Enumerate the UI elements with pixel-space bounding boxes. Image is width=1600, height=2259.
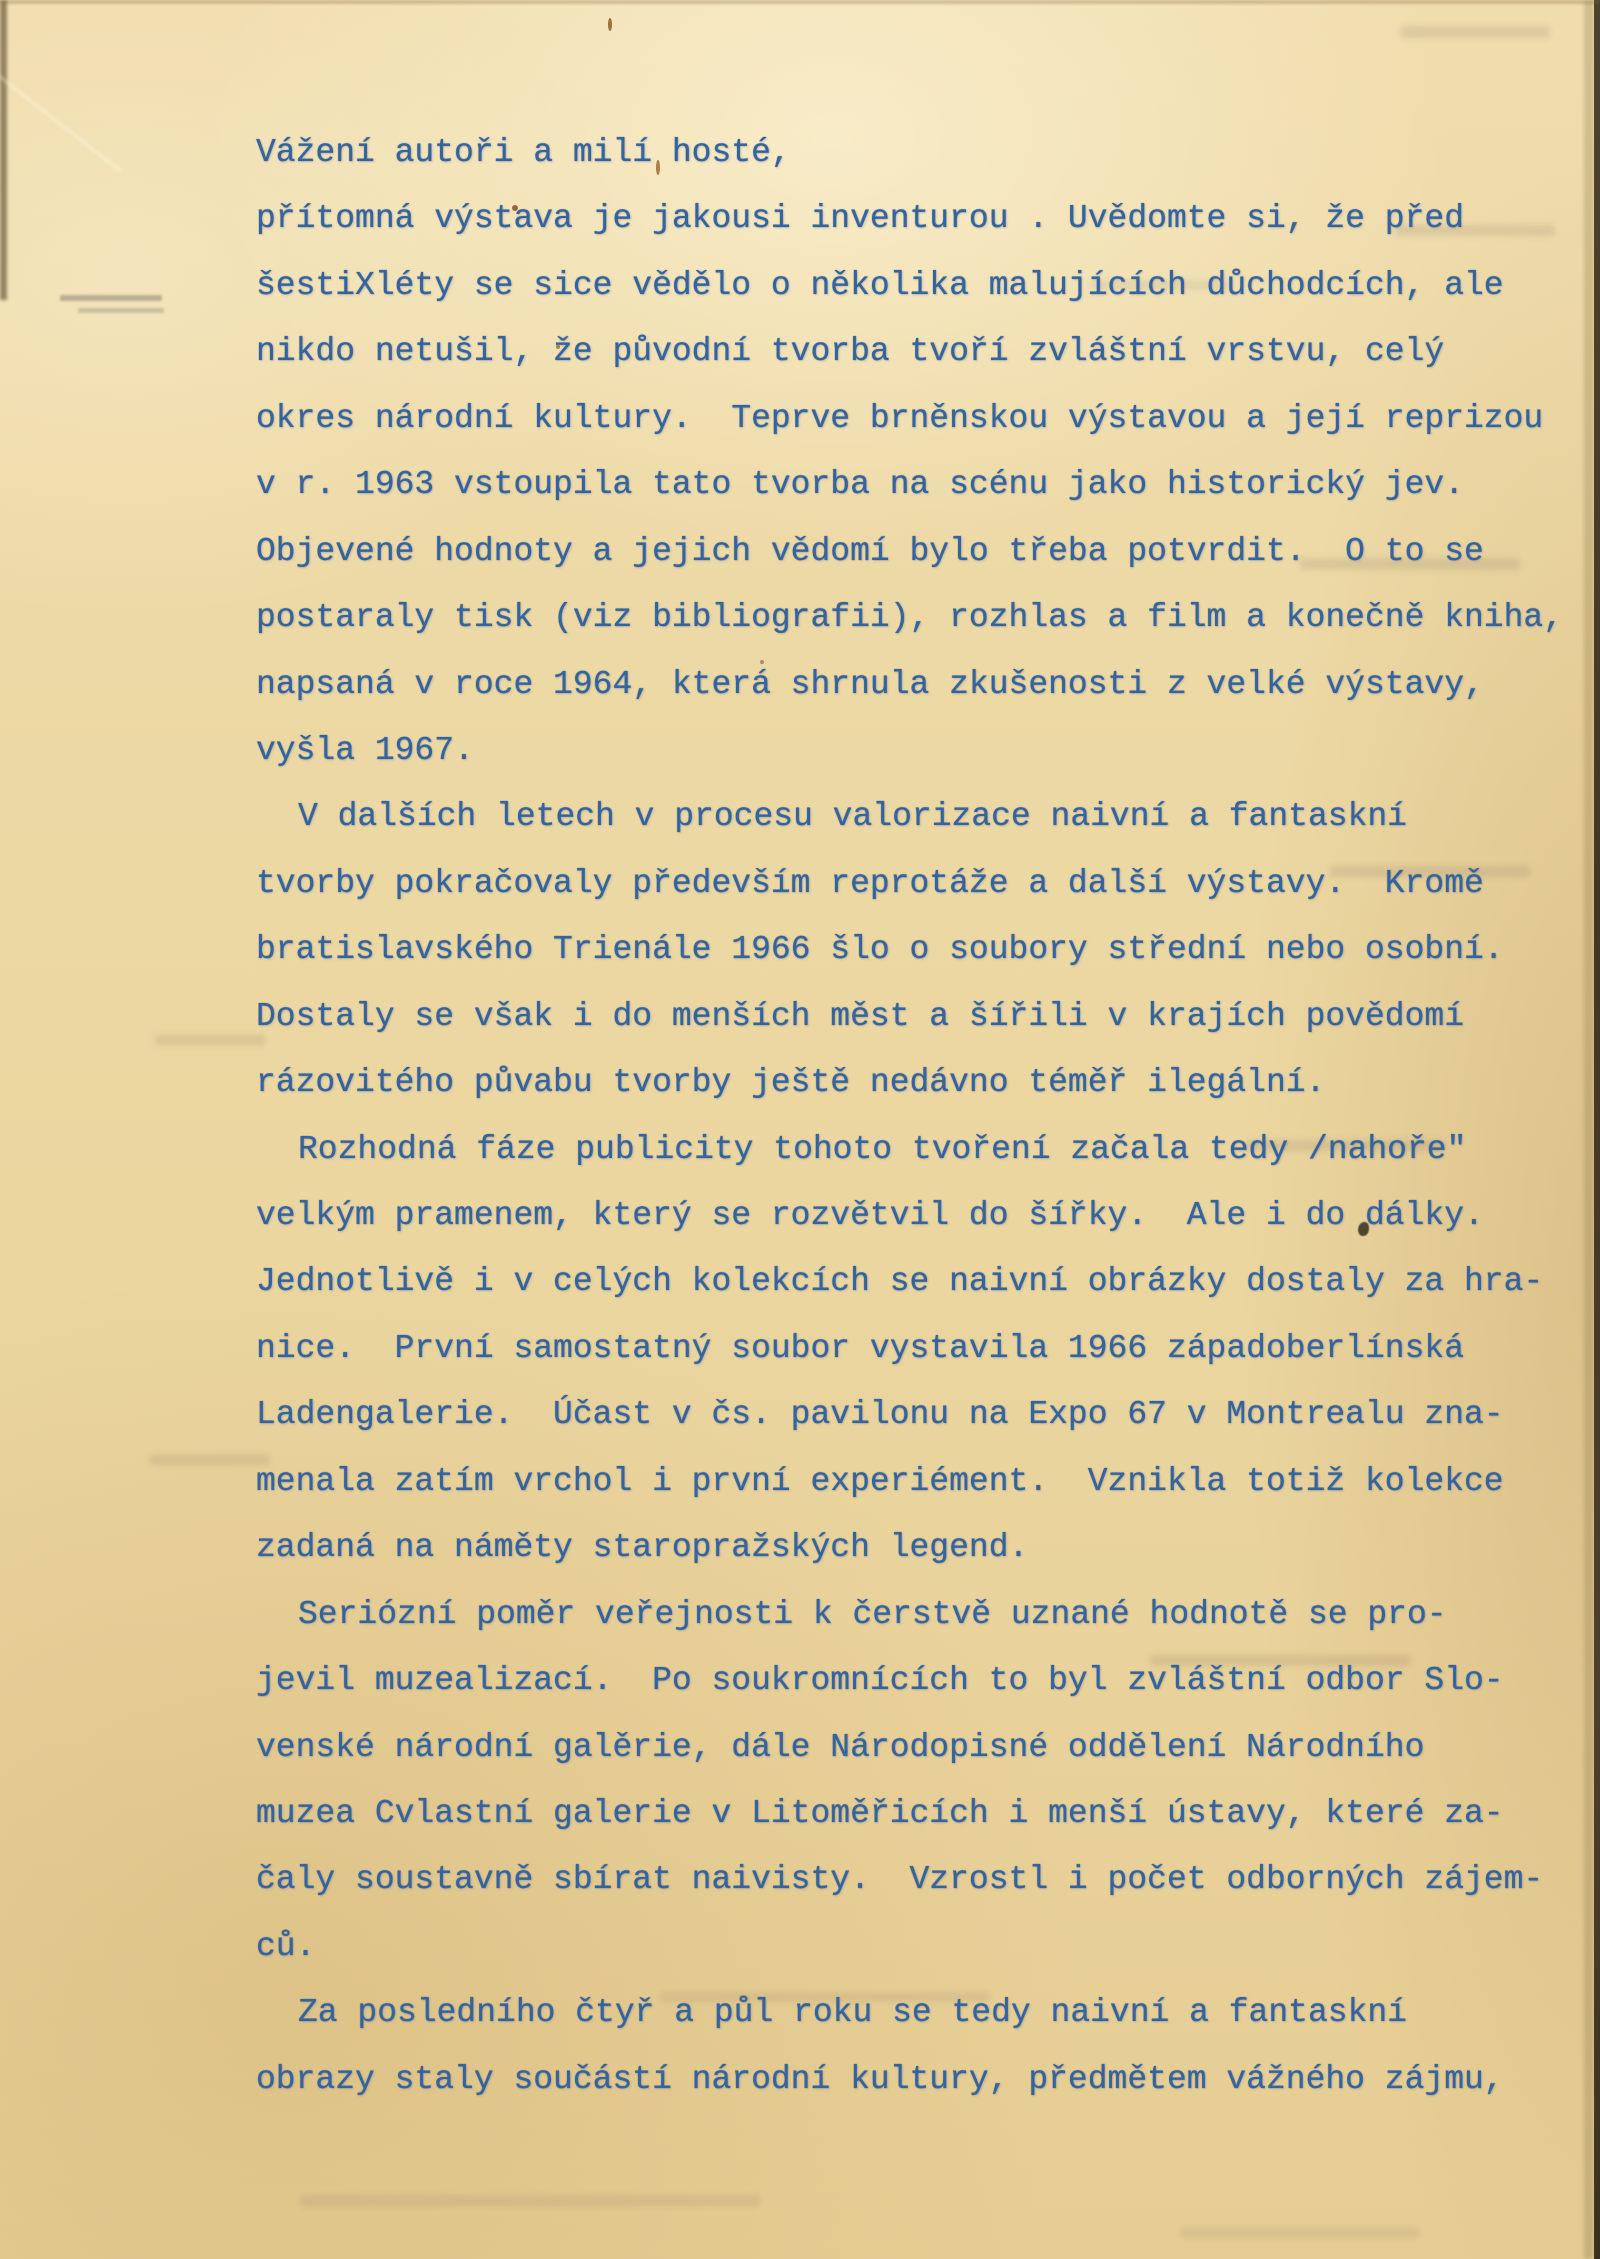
ghost-text-impression xyxy=(155,1035,265,1045)
ghost-text-impression xyxy=(150,1455,270,1465)
paper-crease xyxy=(0,60,122,172)
typewritten-line: ců. xyxy=(256,1914,1600,1980)
typewritten-line: Vážení autoři a milí hosté, xyxy=(256,120,1600,186)
typewritten-line: rázovitého půvabu tvorby ještě nedávno t… xyxy=(256,1050,1600,1116)
typewritten-line: menala zatím vrchol i první experiément.… xyxy=(256,1449,1600,1515)
typewritten-line: napsaná v roce 1964, která shrnula zkuše… xyxy=(256,652,1600,718)
typewritten-line: jevil muzealizací. Po soukromnících to b… xyxy=(256,1648,1600,1714)
typewritten-line: Seriózní poměr veřejnosti k čerstvě uzna… xyxy=(256,1582,1600,1648)
typewritten-line: okres národní kultury. Teprve brněnskou … xyxy=(256,386,1600,452)
typewritten-line: v r. 1963 vstoupila tato tvorba na scénu… xyxy=(256,452,1600,518)
typewritten-line: vyšla 1967. xyxy=(256,718,1600,784)
typewritten-line: Jednotlivě i v celých kolekcích se naivn… xyxy=(256,1249,1600,1315)
typewritten-line: postaraly tisk (viz bibliografii), rozhl… xyxy=(256,585,1600,651)
typewritten-text-block: Vážení autoři a milí hosté, přítomná výs… xyxy=(256,120,1600,2113)
typewritten-line: venské národní galěrie, dále Národopisné… xyxy=(256,1715,1600,1781)
ink-speck xyxy=(608,18,612,31)
ghost-text-impression xyxy=(1400,26,1550,38)
typewritten-line: Dostaly se však i do menších měst a šíři… xyxy=(256,984,1600,1050)
scan-edge-top xyxy=(0,0,1600,4)
typewritten-line: šestiXléty se sice vědělo o několika mal… xyxy=(256,253,1600,319)
typewritten-line: bratislavského Trienále 1966 šlo o soubo… xyxy=(256,917,1600,983)
typewritten-line: Za posledního čtyř a půl roku se tedy na… xyxy=(256,1980,1600,2046)
typewritten-line: nikdo netušil, že původní tvorba tvoří z… xyxy=(256,319,1600,385)
scanned-page: Vážení autoři a milí hosté, přítomná výs… xyxy=(0,0,1600,2259)
typewritten-line: velkým pramenem, který se rozvětvil do š… xyxy=(256,1183,1600,1249)
typewritten-line: zadaná na náměty staropražských legend. xyxy=(256,1515,1600,1581)
typewritten-line: Ladengalerie. Účast v čs. pavilonu na Ex… xyxy=(256,1382,1600,1448)
pencil-smudge xyxy=(60,295,162,301)
ghost-text-impression xyxy=(1180,2228,1420,2238)
typewritten-line: muzea Cvlastní galerie v Litoměřicích i … xyxy=(256,1781,1600,1847)
typewritten-line: obrazy staly součástí národní kultury, p… xyxy=(256,2047,1600,2113)
typewritten-line: tvorby pokračovaly především reprotáže a… xyxy=(256,851,1600,917)
typewritten-line: Rozhodná fáze publicity tohoto tvoření z… xyxy=(256,1117,1600,1183)
typewritten-line: Objevené hodnoty a jejich vědomí bylo tř… xyxy=(256,519,1600,585)
pencil-smudge xyxy=(78,308,164,313)
typewritten-line: čaly soustavně sbírat naivisty. Vzrostl … xyxy=(256,1847,1600,1913)
typewritten-line: přítomná výstava je jakousi inventurou .… xyxy=(256,186,1600,252)
scan-edge-top-left xyxy=(0,0,7,300)
typewritten-line: nice. První samostatný soubor vystavila … xyxy=(256,1316,1600,1382)
ghost-text-impression xyxy=(300,2195,760,2207)
typewritten-line: V dalších letech v procesu valorizace na… xyxy=(256,784,1600,850)
